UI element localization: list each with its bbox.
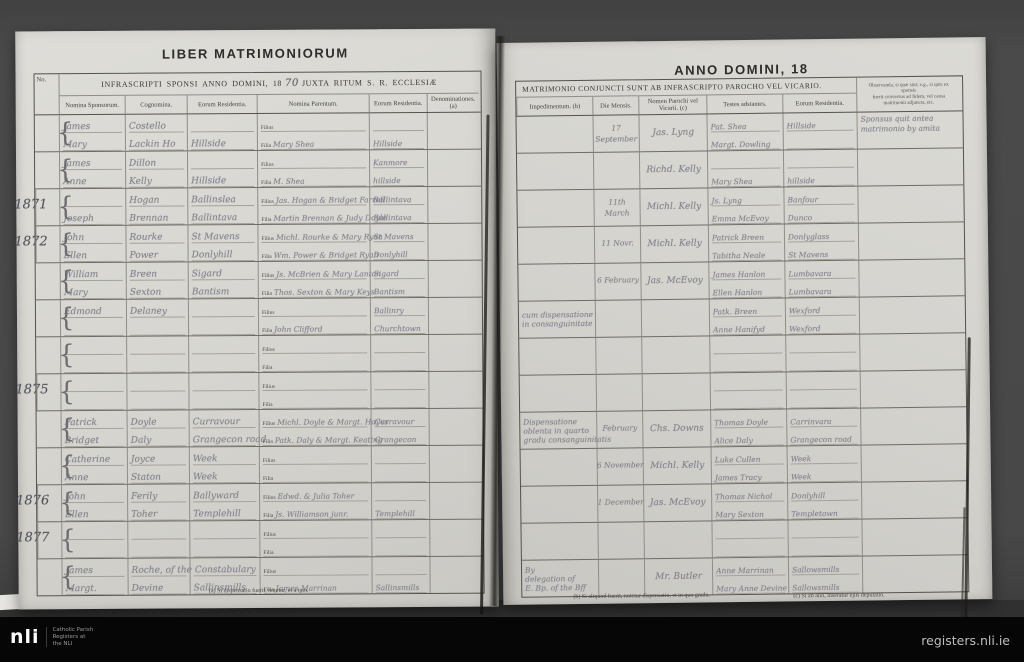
entry-line [432, 262, 477, 278]
impedimentum-text: gradu consanguinitatis [523, 435, 593, 444]
cell-sponsor-names: { [60, 337, 126, 373]
sponsor-surname: Breen [130, 270, 157, 280]
witness-residence: hillside [787, 177, 815, 185]
cell-no [37, 448, 61, 484]
entry-line: Hillside [191, 170, 254, 187]
cell-residence [188, 336, 258, 372]
sponsor-surname: Brennan [129, 214, 168, 224]
entry-line: Power [130, 244, 185, 261]
entry-line [192, 318, 255, 335]
sponsor-name: John [63, 233, 84, 243]
cell-witness-residence [787, 520, 861, 557]
entry-line [373, 114, 424, 131]
entry-line: FiliaJohn Clifford [262, 317, 367, 335]
entry-line: Lumbavara [789, 280, 856, 298]
cell-residence: WeekWeek [189, 447, 259, 483]
entry-line: Ellen [65, 504, 124, 521]
entry-line [64, 356, 123, 373]
witness-name: James Tracy [715, 474, 762, 483]
entry-line: Week [791, 447, 858, 465]
entry-line: Kanmore [373, 151, 424, 168]
witness-name: Alice Daly [714, 437, 752, 445]
entry-line: Filia [262, 391, 367, 409]
cell-cognomen: DoyleDaly [127, 410, 189, 446]
witness-residence: Donlyglass [788, 233, 829, 242]
subtitle-suffix: JUXTA RITUM S. R. ECCLESIÆ [302, 78, 437, 88]
right-page-footnote-c: (c) Si ab alio, inseratur ejus deputatio… [793, 592, 884, 599]
marriage-date: March [605, 209, 630, 217]
entry-line: Anne [65, 467, 124, 484]
entry-line [432, 242, 477, 258]
entry-line [130, 318, 185, 335]
witness-name: Pat. Shea [711, 123, 747, 131]
cell-priest: Jas. McEvoy [640, 262, 708, 299]
entry-line: Edmond [64, 301, 123, 318]
sponsor-name: Anne [65, 473, 88, 483]
entry-line [431, 168, 476, 184]
entry-line [433, 538, 478, 554]
cell-witnesses [711, 520, 787, 557]
entry-line [375, 539, 426, 556]
cell-die-mensis [595, 337, 641, 374]
entry-line [192, 300, 255, 317]
sponsor-residence: Sigard [192, 269, 222, 279]
register-row: 11thMarchMichl. KellyJs. LyngEmma McEvoy… [517, 185, 963, 227]
witness-name: Ellen Hanlon [713, 289, 763, 298]
cell-residence: BallinsleaBallintava [187, 188, 257, 224]
cell-impedimentum [519, 338, 595, 375]
entry-line: Filia [263, 539, 368, 557]
witness-name: Mary Shea [711, 178, 752, 187]
entry-line [64, 319, 123, 336]
entry-line [714, 392, 783, 410]
priest-name: Michl. Kelly [650, 461, 704, 472]
entry-line: hillside [787, 169, 854, 187]
cell-die-mensis: 6 February [594, 263, 640, 300]
impedimentum-text: oblenta in quarto [523, 426, 593, 435]
cell-witnesses [710, 373, 786, 410]
entry-line [130, 374, 185, 391]
cell-witnesses: Pat. SheaMargt. Dowling [706, 114, 782, 151]
right-page-footnote-b: (b) Si aliquod fuerit, notetur dispensat… [573, 592, 710, 600]
register-row: {CatherineAnneJoyceStatonWeekWeekFiliusF… [37, 446, 483, 486]
sponsor-surname: Daly [131, 436, 152, 446]
cell-priest: Jas. Lyng [638, 114, 706, 151]
witness-name: Emma McEvoy [712, 215, 769, 224]
witness-name: Mary Anne Devine [716, 585, 787, 594]
cell-denominationes [429, 520, 481, 556]
register-row: 1875{FiliusFilia [36, 372, 482, 412]
cell-impedimentum: cum dispensationein consanguinitate [519, 301, 595, 338]
entry-line: Hillside [373, 132, 424, 149]
cell-sponsor-names: {JohnEllen [59, 226, 125, 262]
nli-logo: nli Catholic Parish Registers at the NLI [10, 627, 93, 647]
parents-residence: Hillside [373, 140, 402, 148]
printed-filius-label: Filia [262, 365, 272, 371]
sponsor-surname: Doyle [131, 418, 157, 428]
column-header-testes: Testes adstantes. [706, 95, 782, 114]
marriage-date: 11 Novr. [601, 239, 633, 247]
cell-parents-residence [371, 446, 429, 482]
cell-witnesses: Mary Shea [707, 151, 783, 188]
sponsor-residence: Hillside [191, 176, 226, 186]
entry-line: Ellen Hanlon [713, 281, 782, 299]
sponsor-surname: Lackin Ho [129, 139, 176, 149]
sponsor-name: Bridget [65, 436, 99, 446]
cell-witness-residence: Hillside [782, 113, 856, 150]
entry-line: Sallowsmills [792, 558, 859, 576]
cell-residence [189, 521, 259, 557]
entry-line: St Mavens [788, 243, 855, 261]
cell-parents-residence: Templehill [371, 483, 429, 519]
cell-die-mensis [598, 559, 644, 596]
cell-cognomen: CostelloLackin Ho [125, 114, 187, 150]
entry-line [433, 521, 478, 537]
entry-line [716, 540, 785, 558]
entry-line: Delaney [130, 300, 185, 317]
cell-witness-residence: WexfordWexford [785, 298, 859, 335]
printed-filius-label: Filius [263, 495, 276, 501]
cell-die-mensis: 11 Novr. [594, 226, 640, 263]
cell-observanda [858, 259, 962, 296]
entry-line: Patk. Breen [713, 300, 782, 318]
cell-sponsor-names: {JohnEllen [61, 485, 127, 521]
cell-sponsor-names: { [61, 522, 127, 558]
cell-residence: Hillside [187, 114, 257, 150]
entry-line: Catherine [65, 449, 124, 466]
left-table-subtitle: INFRASCRIPTI SPONSI ANNO DOMINI, 18 70 J… [59, 72, 479, 97]
cell-observanda [861, 481, 965, 518]
parents-residence: Bantism [374, 288, 405, 296]
sponsor-surname: Dillon [129, 159, 156, 169]
printed-filius-label: Filius [262, 347, 275, 353]
entry-line [433, 447, 478, 463]
register-left-page[interactable]: LIBER MATRIMONIORUM No. INFRASCRIPTI SPO… [15, 29, 499, 610]
entry-line: Donlyhill [791, 484, 858, 502]
cell-denominationes [429, 409, 481, 445]
sponsor-residence: Grangecon road [193, 435, 267, 445]
parents-residence: Ballinry [374, 307, 404, 315]
entry-line [713, 337, 782, 355]
entry-line [431, 188, 476, 204]
sponsor-name: Mary [64, 288, 88, 298]
cell-impedimentum [518, 264, 594, 301]
sponsor-residence: Week [193, 472, 218, 482]
cell-parents: FiliusJas. Hogan & Bridget FarrellFiliaM… [257, 187, 369, 224]
entry-line [789, 354, 856, 372]
sponsor-surname: Delaney [130, 307, 167, 317]
cell-cognomen [126, 336, 188, 372]
cell-cognomen: DillonKelly [125, 151, 187, 187]
entry-line [432, 299, 477, 315]
cell-witness-residence [786, 372, 860, 409]
column-header-cognomina: Cognomina. [125, 95, 187, 113]
register-right-page[interactable]: ANNO DOMINI, 18 MATRIMONIO CONJUNCTI SUN… [497, 37, 993, 605]
observanda-note-box: Observanda, si quæ sint; e.g., si quis e… [856, 76, 960, 111]
cell-parents: FiliusMichl. Rourke & Mary RyanFiliaWm. … [257, 224, 369, 261]
entry-line [433, 501, 478, 517]
printed-filius-label: Filia [263, 550, 273, 556]
entry-line: FiliaJs. Williamson junr. [263, 502, 368, 520]
cell-parents: FiliusFiliaMary Shea [257, 113, 369, 150]
entry-line: Thomas Doyle [714, 411, 783, 429]
register-row: {JamesMaryCostelloLackin HoHillsideFiliu… [35, 113, 481, 153]
cell-observanda [859, 296, 963, 333]
entry-line [374, 336, 425, 353]
entry-line: St Mavens [191, 226, 254, 243]
cell-witnesses: James HanlonEllen Hanlon [708, 262, 784, 299]
entry-line: Grangecon road [790, 428, 857, 446]
sponsor-residence: Ballinslea [191, 195, 236, 205]
cell-parents-residence [370, 372, 428, 408]
cell-witness-residence: CarrinvaraGrangecon road [786, 409, 860, 446]
cell-impedimentum [521, 486, 597, 523]
sponsor-name: James [63, 159, 91, 169]
entry-line: Filius [263, 521, 368, 539]
entry-line [790, 373, 857, 391]
cell-die-mensis: 11thMarch [593, 189, 639, 226]
cell-cognomen: HoganBrennan [125, 188, 187, 224]
entry-line: Margt. Dowling [711, 133, 780, 151]
entry-line [432, 336, 477, 352]
cell-parents-residence: Hillside [369, 113, 427, 149]
cell-cognomen: JoyceStaton [127, 447, 189, 483]
cell-parents-residence: CurravourGrangecon [371, 409, 429, 445]
cell-observanda [859, 333, 963, 370]
parents-residence: Grangecon [375, 436, 417, 444]
entry-line: Sallowsmills [792, 576, 859, 594]
register-row: 1 DecemberJas. McEvoyThomas NicholMary S… [521, 481, 967, 523]
witness-residence: Sallowsmills [792, 566, 839, 575]
brand-line: Catholic Parish [53, 627, 94, 633]
entry-line: Ballintava [373, 188, 424, 205]
entry-line [791, 521, 858, 539]
printed-filius-label: Filia [263, 476, 273, 482]
cell-cognomen: BreenSexton [126, 262, 188, 298]
cell-sponsor-names: {WilliamMary [60, 263, 126, 299]
entry-line [433, 427, 478, 443]
printed-filius-label: Filia [261, 180, 271, 186]
entry-line: Ballinslea [191, 189, 254, 206]
entry-line [432, 316, 477, 332]
printed-filius-label: Filia [261, 143, 271, 149]
entry-line [131, 522, 186, 539]
column-header-residentia: Eorum Residentia. [782, 94, 856, 113]
entry-line: Filius [261, 114, 366, 132]
sponsor-residence: Bantism [192, 287, 229, 297]
left-table-header: No. INFRASCRIPTI SPONSI ANNO DOMINI, 18 … [35, 72, 481, 116]
entry-line [192, 374, 255, 391]
entry-line [431, 205, 476, 221]
witness-residence: Wexford [789, 325, 821, 333]
entry-line [193, 559, 256, 576]
entry-line [433, 410, 478, 426]
brand-line: the NLI [53, 641, 94, 647]
cell-impedimentum [521, 523, 597, 560]
witness-name: Anne Marrinan [716, 567, 774, 576]
priest-name: Michl. Kelly [647, 202, 701, 213]
cell-witnesses: Js. LyngEmma McEvoy [707, 188, 783, 225]
cell-observanda [857, 185, 961, 222]
entry-line [790, 391, 857, 409]
witness-name: Luke Cullen [715, 456, 761, 465]
impedimentum-text: By [525, 565, 595, 574]
sponsor-surname: Hogan [129, 196, 159, 206]
parents-names: John Clifford [274, 326, 322, 334]
cell-no [35, 115, 59, 151]
witness-residence: Hillside [787, 122, 816, 130]
right-table-header: MATRIMONIO CONJUNCTI SUNT AB INFRASCRIPT… [516, 76, 962, 116]
right-table-body: 17SeptemberJas. LyngPat. SheaMargt. Dowl… [516, 111, 968, 596]
cell-priest: Michl. Kelly [640, 225, 708, 262]
entry-line: Bantism [374, 280, 425, 297]
cell-witnesses: Patk. BreenAnne Hanifyd [709, 299, 785, 336]
cell-residence: Hillside [187, 151, 257, 187]
entry-line [130, 392, 185, 409]
cell-witness-residence: hillside [783, 150, 857, 187]
column-header-impedimentum: Impedimentum. (b) [516, 97, 592, 116]
entry-line: Hillside [786, 114, 853, 132]
cell-cognomen: Delaney [126, 299, 188, 335]
parents-residence: Churchtown [374, 325, 421, 333]
witness-name: Anne Hanifyd [713, 326, 765, 335]
entry-line [130, 355, 185, 372]
cell-witness-residence: WeekWeek [787, 446, 861, 483]
cell-parents: FiliusFilia [258, 372, 370, 409]
entry-line: Sigard [192, 263, 255, 280]
entry-line: William [64, 264, 123, 281]
entry-line: Curravour [193, 411, 256, 428]
cell-residence: SigardBantism [188, 262, 258, 298]
impedimentum-text: Dispensatione [523, 417, 593, 426]
entry-line: Roche, of the Constabulary [131, 559, 186, 576]
witness-residence: Wexford [789, 307, 821, 315]
cell-cognomen: FerilyToher [127, 484, 189, 520]
registers-site-link[interactable]: registers.nli.ie [921, 633, 1010, 648]
sponsor-residence: St Mavens [191, 232, 239, 242]
printed-filius-label: Filius [261, 199, 274, 205]
column-header-parentum: Nomina Parentum. [257, 94, 369, 113]
entry-line: Anne Hanifyd [713, 318, 782, 336]
printed-filius-label: Filius [264, 569, 277, 575]
witness-name: Thomas Doyle [714, 419, 768, 428]
cell-no [37, 411, 61, 447]
cell-witnesses: Thomas DoyleAlice Daly [710, 409, 786, 446]
witness-name: Thomas Nichol [715, 493, 772, 502]
cell-no [35, 152, 59, 188]
entry-line: Dunco [788, 206, 855, 224]
witness-residence: Lumbavara [788, 270, 831, 279]
entry-line: Staton [131, 466, 186, 483]
entry-line: Costello [129, 115, 184, 132]
register-row: cum dispensationein consanguinitatePatk.… [519, 296, 965, 338]
sponsor-surname: Kelly [129, 177, 152, 187]
priest-name: Mr. Butler [655, 572, 702, 583]
entry-line [432, 373, 477, 389]
cell-denominationes [428, 261, 480, 297]
cell-sponsor-names: {JamesMary [59, 115, 125, 151]
cell-denominationes [428, 372, 480, 408]
register-row: 6 FebruaryJas. McEvoyJames HanlonEllen H… [518, 259, 964, 301]
marriage-date: 6 November [597, 461, 644, 470]
cell-priest: Mr. Butler [644, 558, 712, 595]
cell-parents: FiliusFilia [259, 446, 371, 483]
cell-sponsor-names: {CatherineAnne [61, 448, 127, 484]
entry-line: Grangecon road [193, 429, 256, 446]
entry-line [375, 521, 426, 538]
entry-line: Hogan [129, 189, 184, 206]
priest-name: Jas. Lyng [652, 128, 694, 139]
marriage-date: 6 February [597, 276, 639, 285]
cell-impedimentum [521, 449, 597, 486]
entry-line [715, 522, 784, 540]
entry-line: Filia [263, 465, 368, 483]
sponsor-name: Catherine [65, 455, 110, 465]
cell-parents-residence [371, 520, 429, 556]
left-register-table: No. INFRASCRIPTI SPONSI ANNO DOMINI, 18 … [33, 71, 484, 597]
witness-residence: St Mavens [788, 251, 828, 259]
cell-sponsor-names: {JamesAnne [59, 152, 125, 188]
entry-line: James [63, 116, 122, 133]
cell-witness-residence: LumbavaraLumbavara [784, 261, 858, 298]
cell-witness-residence [785, 335, 859, 372]
entry-line: Emma McEvoy [712, 207, 781, 225]
parents-residence: Curravour [375, 418, 414, 426]
register-row: Dispensationeoblenta in quartogradu cons… [520, 407, 966, 449]
entry-line [432, 279, 477, 295]
entry-line: Carrinvara [790, 410, 857, 428]
entry-line [433, 558, 478, 574]
column-header-parochi: Nomen Parochi vel Vicarii. (c) [638, 95, 706, 114]
column-header-sponsorum: Nomina Sponsorum. [59, 96, 125, 114]
marriage-date: February [602, 424, 637, 432]
entry-line: Alice Daly [714, 429, 783, 447]
entry-line: Joyce [131, 448, 186, 465]
witness-residence: Carrinvara [790, 418, 831, 427]
printed-filius-label: Filius [262, 310, 275, 316]
printed-filius-label: Filius [261, 236, 274, 242]
cell-parents: FiliusFilia [258, 335, 370, 372]
entry-line [792, 539, 859, 557]
entry-line [432, 353, 477, 369]
cell-priest: Jas. McEvoy [643, 484, 711, 521]
entry-line: Dillon [129, 152, 184, 169]
entry-line: FiliaMary Shea [261, 132, 366, 150]
observanda-note: Sponsus quit antea [860, 114, 957, 123]
entry-line: Patrick Breen [712, 226, 781, 244]
sponsor-surname: Joyce [131, 455, 156, 465]
cell-denominationes [427, 187, 479, 223]
right-register-table: MATRIMONIO CONJUNCTI SUNT AB INFRASCRIPT… [515, 75, 969, 597]
priest-name: Jas. McEvoy [647, 276, 703, 287]
entry-line: Lackin Ho [129, 133, 184, 150]
cell-no [35, 226, 59, 262]
column-header-residentia-1: Eorum Residentia. [187, 95, 257, 113]
sponsor-residence: Week [193, 454, 218, 464]
column-header-denominationes: Denominationes. (a) [427, 94, 479, 112]
witness-residence: Week [791, 473, 812, 481]
cell-parents: FiliusMichl. Doyle & Margt. HayesFiliaPa… [259, 409, 371, 446]
cell-die-mensis [596, 374, 642, 411]
cell-parents: FiliusFiliaM. Shea [257, 150, 369, 187]
register-row [520, 370, 966, 412]
cell-observanda [858, 222, 962, 259]
cell-denominationes [427, 150, 479, 186]
entry-line: Joseph [63, 208, 122, 225]
entry-line: Breen [130, 263, 185, 280]
cell-observanda [860, 370, 964, 407]
sponsor-name: Joseph [63, 214, 94, 224]
